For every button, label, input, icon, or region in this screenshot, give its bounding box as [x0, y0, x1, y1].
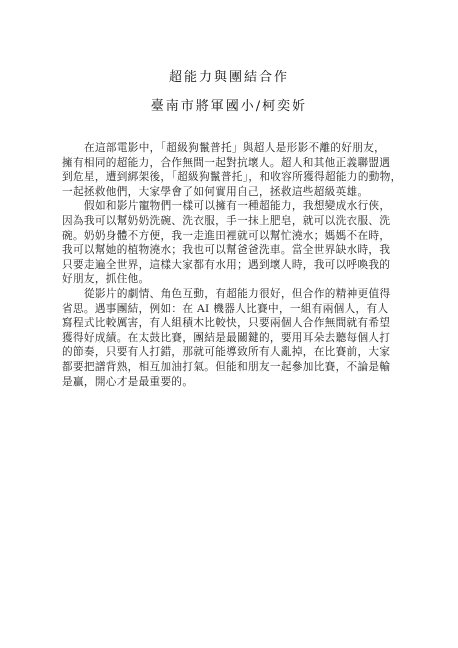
paragraph-line: 是贏，開心才是最重要的。 [62, 375, 394, 390]
paragraph-line: 碗。奶奶身體不方便，我一走進田裡就可以幫忙澆水；媽媽不在時， [62, 229, 394, 244]
document-title: 超能力與團結合作 [0, 66, 458, 85]
paragraph-line: 獲得好成績。在太鼓比賽，團結是最關鍵的，要用耳朵去聽每個人打 [62, 331, 394, 346]
paragraph-line: 都要把譜背熟，相互加油打氣。但能和朋友一起參加比賽，不論是輸 [62, 360, 394, 375]
document-page: 超能力與團結合作 臺南市將軍國小/柯奕妡 在這部電影中，「超級狗鬣普托」與超人是… [0, 0, 458, 648]
paragraph-1: 在這部電影中，「超級狗鬣普托」與超人是形影不離的好朋友， 擁有相同的超能力，合作… [62, 141, 394, 199]
document-author: 臺南市將軍國小/柯奕妡 [0, 95, 458, 114]
paragraph-line: 好朋友，抓住他。 [62, 272, 394, 287]
paragraph-line: 擁有相同的超能力，合作無間一起對抗壞人。超人和其他正義聯盟遇 [62, 156, 394, 171]
paragraph-line: 因為我可以幫奶奶洗碗、洗衣服，手一抹上肥皂，就可以洗衣服、洗 [62, 214, 394, 229]
paragraph-line: 一起拯救他們，大家學會了如何實用自己，拯救這些超級英雄。 [62, 185, 394, 200]
document-body: 在這部電影中，「超級狗鬣普托」與超人是形影不離的好朋友， 擁有相同的超能力，合作… [62, 141, 394, 389]
paragraph-line: 我可以幫她的植物澆水；我也可以幫爸爸洗車。當全世界缺水時，我 [62, 243, 394, 258]
paragraph-line: 假如和影片寵物們一樣可以擁有一種超能力，我想變成水行俠， [62, 199, 394, 214]
paragraph-line: 只要走遍全世界，這樣大家都有水用；遇到壞人時，我可以呼喚我的 [62, 258, 394, 273]
paragraph-line: 省思。遇事團結，例如：在 AI 機器人比賽中，一組有兩個人，有人 [62, 302, 394, 317]
paragraph-line: 在這部電影中，「超級狗鬣普托」與超人是形影不離的好朋友， [62, 141, 394, 156]
paragraph-line: 從影片的劇情、角色互動，有超能力很好，但合作的精神更值得 [62, 287, 394, 302]
paragraph-3: 從影片的劇情、角色互動，有超能力很好，但合作的精神更值得 省思。遇事團結，例如：… [62, 287, 394, 389]
paragraph-2: 假如和影片寵物們一樣可以擁有一種超能力，我想變成水行俠， 因為我可以幫奶奶洗碗、… [62, 199, 394, 287]
paragraph-line: 寫程式比較厲害，有人組積木比較快，只要兩個人合作無間就有希望 [62, 316, 394, 331]
paragraph-line: 的節奏，只要有人打錯，那就可能導致所有人亂掉，在比賽前，大家 [62, 345, 394, 360]
paragraph-line: 到危星，遭到綁架後，「超級狗鬣普托」，和收容所獲得超能力的動物， [62, 170, 394, 185]
